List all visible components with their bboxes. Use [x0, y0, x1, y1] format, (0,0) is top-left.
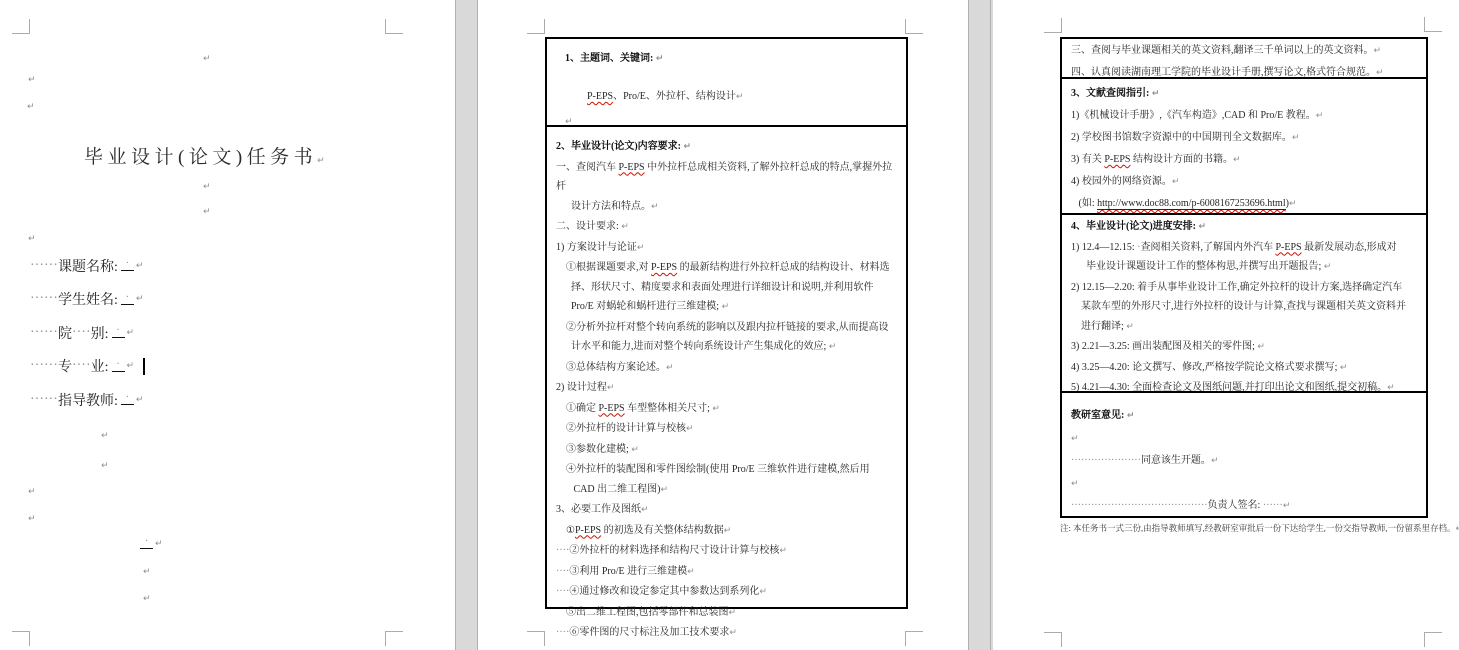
paragraph-mark-icon: ↵ [712, 404, 720, 414]
text-line: Pro/E 对蜗轮和蜗杆进行三维建模; ↵ [547, 297, 906, 318]
text-line: 2、毕业设计(论文)内容要求: ↵ [547, 137, 906, 158]
space-dots: ···· [556, 586, 569, 597]
text-line: 1) 12.4—12.15: ·查阅相关资料,了解国内外汽车 P-EPS 最新发… [1062, 238, 1426, 258]
paragraph-mark-icon: ↵ [1199, 222, 1207, 232]
text-line: 设计方法和特点。↵ [547, 197, 906, 218]
paragraph-mark-icon: ↵ [1211, 456, 1219, 466]
paragraph-mark-icon: ↵ [1152, 89, 1160, 99]
paragraph-mark-icon: ↵ [136, 294, 144, 304]
paragraph-mark-icon: ↵ [1456, 524, 1459, 534]
paragraph-mark-icon: ↵ [203, 207, 211, 217]
paragraph-mark-icon: ↵ [684, 142, 692, 152]
space-dots: ······ [30, 291, 58, 307]
paragraph-mark-icon: ↵ [641, 505, 649, 515]
space-dots: ···· [72, 325, 91, 341]
space-dots: ···· [556, 627, 569, 638]
text-line: ····②外拉杆的材料选择和结构尺寸设计计算与校核↵ [547, 541, 906, 562]
text-line: 3) 2.21—3.25: 画出装配图及相关的零件图; ↵ [1062, 337, 1426, 358]
text-boundary-corner-icon [12, 631, 30, 646]
paragraph-mark-icon: ↵ [1233, 155, 1241, 165]
text-line: ····⑥零件图的尺寸标注及加工技术要求↵ [547, 623, 906, 644]
paragraph-mark-icon: ↵ [136, 261, 144, 271]
text-boundary-corner-icon [527, 631, 545, 646]
paragraph-mark-icon: ↵ [317, 156, 329, 166]
text-line: ↵ [1062, 428, 1426, 451]
paragraph-mark-icon: ↵ [729, 608, 737, 618]
paragraph-mark-icon: ↵ [1374, 46, 1382, 56]
field-label: 业: [91, 356, 109, 376]
paragraph-mark-icon: ↵ [1324, 262, 1332, 272]
text-line: 计水平和能力,进而对整个转向系统设计产生集成化的效应; ↵ [547, 337, 906, 358]
paragraph-mark-icon: ↵ [127, 328, 135, 338]
text-line: ②外拉杆的设计计算与校核↵ [547, 419, 906, 440]
document-page-2[interactable]: 1、主题词、关键词: ↵ P-EPS、Pro/E、外拉杆、结构设计↵ ↵ 2、毕… [478, 0, 968, 650]
space-dots: ······ [30, 358, 58, 374]
cover-field: ······学生姓名: ·↵ [30, 283, 143, 317]
blank-underline[interactable]: · [112, 327, 125, 338]
text-line: ⑤出二维工程图,包括零部件和总装图↵ [547, 603, 906, 624]
paragraph-mark-icon: ↵ [779, 546, 787, 556]
office-opinion-row: 教研室意见: ↵↵·····················同意该生开题。↵↵·… [1062, 393, 1426, 514]
space-dots: ······ [30, 258, 58, 274]
cover-field: ······院····别: ·↵ [30, 316, 143, 350]
spellcheck-squiggle: P-EPS [1275, 242, 1301, 253]
paragraph-mark-icon: ↵ [143, 594, 151, 604]
space-dots: ········································… [1071, 500, 1208, 511]
requirements-continued-row: 三、查阅与毕业课题相关的英文资料,翻译三千单词以上的英文资料。↵四、认真阅读湖南… [1062, 39, 1426, 79]
text-boundary-corner-icon [1044, 18, 1062, 33]
text-line: 3、文献查阅指引: ↵ [1062, 83, 1426, 105]
text-line: 择、形状尺寸、精度要求和表面处理进行详细设计和说明,并利用软件 [547, 278, 906, 298]
text-boundary-corner-icon [385, 19, 403, 34]
space-dots: ······ [30, 392, 58, 408]
cover-field: ······指导教师: ·↵ [30, 383, 143, 417]
text-line: 教研室意见: ↵ [1062, 405, 1426, 428]
paragraph-mark-icon: ↵ [28, 75, 36, 85]
document-page-1[interactable]: ↵ ↵ ↵ 毕业设计(论文)任务书↵ ↵ ↵ ↵ ······课题名称: ·↵·… [0, 0, 455, 650]
paragraph-mark-icon: ↵ [127, 361, 135, 371]
paragraph-mark-icon: ↵ [1071, 479, 1079, 489]
field-label: 院 [58, 323, 72, 343]
text-line: 一、查阅汽车 P-EPS 中外拉杆总成相关资料,了解外拉杆总成的特点,掌握外拉杆 [547, 158, 906, 197]
text-line: ③参数化建模; ↵ [547, 440, 906, 461]
paragraph-mark-icon: ↵ [736, 92, 744, 102]
blank-underline: ·↵ [137, 538, 163, 549]
paragraph-mark-icon: ↵ [666, 363, 674, 373]
text-line: 二、设计要求: ↵ [547, 217, 906, 238]
cover-fields: ······课题名称: ·↵······学生姓名: ·↵······院····别… [30, 249, 143, 417]
paragraph-mark-icon: ↵ [1289, 199, 1297, 209]
field-label: 指导教师: [58, 390, 118, 410]
hyperlink[interactable]: http://www.doc88.com/p-6008167253696.htm… [1097, 198, 1286, 210]
paragraph-mark-icon: ↵ [829, 342, 837, 352]
cover-field: ······课题名称: ·↵ [30, 249, 143, 283]
paragraph-mark-icon: ↵ [101, 431, 109, 441]
paragraph-mark-icon: ↵ [101, 461, 109, 471]
text-line: (如: http://www.doc88.com/p-6008167253696… [1062, 193, 1426, 215]
page-gap [455, 0, 478, 650]
empty-paragraph: ↵ [556, 112, 897, 127]
paragraph-mark-icon: ↵ [637, 243, 645, 253]
text-line: 2) 设计过程↵ [547, 378, 906, 399]
text-line: ①确定 P-EPS 车型整体相关尺寸; ↵ [547, 399, 906, 420]
blank-underline[interactable]: · [121, 294, 134, 305]
field-label: 课题名称: [58, 256, 118, 276]
space-dots: · [1137, 242, 1140, 253]
section-heading: 1、主题词、关键词: ↵ [556, 49, 897, 69]
page-title: 毕业设计(论文)任务书↵ [84, 142, 329, 169]
paragraph-mark-icon: ↵ [1316, 111, 1324, 121]
paragraph-mark-icon: ↵ [686, 424, 694, 434]
task-table-part2: 三、查阅与毕业课题相关的英文资料,翻译三千单词以上的英文资料。↵四、认真阅读湖南… [1060, 37, 1428, 518]
text-boundary-corner-icon [905, 631, 923, 646]
word-print-layout-view: ↵ ↵ ↵ 毕业设计(论文)任务书↵ ↵ ↵ ↵ ······课题名称: ·↵·… [0, 0, 1459, 650]
space-dots: ···· [72, 358, 91, 374]
text-boundary-corner-icon [1044, 632, 1062, 647]
space-dots: ······ [30, 325, 58, 341]
paragraph-mark-icon: ↵ [1340, 363, 1348, 373]
text-boundary-corner-icon [527, 19, 545, 34]
keywords-row: 1、主题词、关键词: ↵ P-EPS、Pro/E、外拉杆、结构设计↵ ↵ [547, 39, 906, 127]
text-line: 某款车型的外形尺寸,进行外拉杆的设计与计算,查找与课题相关英文资料并 [1062, 297, 1426, 317]
text-line: ③总体结构方案论述。↵ [547, 358, 906, 379]
paragraph-mark-icon: ↵ [607, 383, 615, 393]
paragraph-mark-icon: ↵ [1127, 411, 1135, 421]
field-label: 别: [91, 323, 109, 343]
text-line: 毕业设计课题设计工作的整体构思,并撰写出开题报告; ↵ [1062, 257, 1426, 278]
text-cursor [143, 358, 145, 375]
paragraph-mark-icon: ↵ [631, 445, 639, 455]
text-line: ①P-EPS 的初选及有关整体结构数据↵ [547, 521, 906, 542]
document-page-3[interactable]: 三、查阅与毕业课题相关的英文资料,翻译三千单词以上的英文资料。↵四、认真阅读湖南… [993, 0, 1459, 650]
paragraph-mark-icon: ↵ [687, 567, 695, 577]
text-line: 2) 12.15—2.20: 着手从事毕业设计工作,确定外拉杆的设计方案,选择确… [1062, 278, 1426, 298]
paragraph-mark-icon: ↵ [136, 395, 144, 405]
spellcheck-squiggle: P-EPS [651, 262, 677, 273]
keywords-text: P-EPS、Pro/E、外拉杆、结构设计↵ [578, 87, 897, 107]
content-requirements-row: 2、毕业设计(论文)内容要求: ↵一、查阅汽车 P-EPS 中外拉杆总成相关资料… [547, 127, 906, 644]
space-dots: ····················· [1071, 455, 1141, 466]
paragraph-mark-icon: ↵ [651, 202, 659, 212]
paragraph-mark-icon: ↵ [1172, 177, 1180, 187]
space-dots: ···· [556, 566, 569, 577]
paragraph-mark-icon: ↵ [660, 485, 668, 495]
paragraph-mark-icon: ↵ [155, 539, 163, 549]
spellcheck-squiggle: P-EPS [1104, 154, 1130, 165]
paragraph-mark-icon: ↵ [1292, 133, 1300, 143]
paragraph-mark-icon: ↵ [1283, 501, 1291, 511]
spellcheck-squiggle: P-EPS [619, 162, 645, 173]
text-line: 2) 学校图书馆数字资源中的中国期刊全文数据库。↵ [1062, 127, 1426, 149]
blank-underline[interactable]: · [121, 394, 134, 405]
text-boundary-corner-icon [905, 19, 923, 34]
paragraph-mark-icon: ↵ [722, 302, 730, 312]
text-boundary-corner-icon [1424, 17, 1442, 32]
text-line: 4) 校园外的网络资源。↵ [1062, 171, 1426, 193]
spellcheck-squiggle: P-EPS [587, 91, 613, 102]
blank-underline[interactable]: · [121, 260, 134, 271]
text-line: ④外拉杆的装配图和零件图绘制(使用 Pro/E 三维软件进行建模,然后用 [547, 460, 906, 480]
paragraph-mark-icon: ↵ [1126, 322, 1134, 332]
text-line: ①根据课题要求,对 P-EPS 的最新结构进行外拉杆总成的结构设计、材料选 [547, 258, 906, 278]
paragraph-mark-icon: ↵ [28, 514, 36, 524]
text-boundary-corner-icon [385, 631, 403, 646]
text-line: ②分析外拉杆对整个转向系统的影响以及跟内拉杆链接的要求,从而提高设 [547, 318, 906, 338]
field-label: 学生姓名: [58, 289, 118, 309]
paragraph-mark-icon: ↵ [729, 628, 737, 638]
paragraph-mark-icon: ↵ [759, 587, 767, 597]
paragraph-mark-icon: ↵ [27, 102, 35, 112]
cover-field: ······专····业: ·↵ [30, 350, 143, 384]
text-line: ········································… [1062, 495, 1426, 514]
text-boundary-corner-icon [12, 19, 30, 34]
paragraph-mark-icon: ↵ [1387, 383, 1395, 393]
paragraph-mark-icon: ↵ [1257, 342, 1265, 352]
paragraph-mark-icon: ↵ [28, 234, 36, 244]
paragraph-mark-icon: ↵ [565, 117, 573, 127]
text-line: CAD 出二维工程图)↵ [547, 480, 906, 501]
text-boundary-corner-icon [1424, 632, 1442, 647]
paragraph-mark-icon: ↵ [656, 54, 664, 64]
paragraph-mark-icon: ↵ [203, 182, 211, 192]
field-label: 专 [58, 356, 72, 376]
text-line: ····③利用 Pro/E 进行三维建模↵ [547, 562, 906, 583]
text-line: 4) 3.25—4.20: 论文撰写、修改,严格按学院论文格式要求撰写; ↵ [1062, 358, 1426, 379]
text-line: 四、认真阅读湖南理工学院的毕业设计手册,撰写论文,格式符合规范。↵ [1062, 62, 1426, 79]
text-line: 1) 方案设计与论证↵ [547, 238, 906, 259]
paragraph-mark-icon: ↵ [1071, 434, 1079, 444]
text-line: ····④通过修改和设定参定其中参数达到系列化↵ [547, 582, 906, 603]
paragraph-mark-icon: ↵ [1376, 68, 1384, 78]
text-line: 三、查阅与毕业课题相关的英文资料,翻译三千单词以上的英文资料。↵ [1062, 40, 1426, 62]
paragraph-mark-icon: ↵ [724, 526, 732, 536]
footnote: 注: 本任务书一式三份,由指导教师填写,经教研室审批后一份下达给学生,一份交指导… [1060, 522, 1440, 534]
paragraph-mark-icon: ↵ [143, 567, 151, 577]
space-dots: ······ [1263, 500, 1283, 511]
text-line: ↵ [1062, 473, 1426, 496]
paragraph-mark-icon: ↵ [621, 222, 629, 232]
space-dots: ···· [556, 545, 569, 556]
text-line: 1)《机械设计手册》,《汽车构造》,CAD 和 Pro/E 教程。↵ [1062, 105, 1426, 127]
spellcheck-squiggle: P-EPS [575, 525, 601, 536]
text-line: ·····················同意该生开题。↵ [1062, 450, 1426, 473]
literature-guide-row: 3、文献查阅指引: ↵1)《机械设计手册》,《汽车构造》,CAD 和 Pro/E… [1062, 79, 1426, 215]
page-gap [968, 0, 991, 650]
text-line: 3、必要工作及图纸↵ [547, 500, 906, 521]
blank-underline[interactable]: · [112, 361, 125, 372]
paragraph-mark-icon: ↵ [203, 54, 211, 64]
text-line: 3) 有关 P-EPS 结构设计方面的书籍。↵ [1062, 149, 1426, 171]
schedule-row: 4、毕业设计(论文)进度安排: ↵1) 12.4—12.15: ·查阅相关资料,… [1062, 215, 1426, 393]
text-line: 进行翻译; ↵ [1062, 317, 1426, 338]
task-table-part1: 1、主题词、关键词: ↵ P-EPS、Pro/E、外拉杆、结构设计↵ ↵ 2、毕… [545, 37, 908, 609]
text-line: 5) 4.21—4.30: 全面检查论文及图纸问题,并打印出论文和图纸,提交初稿… [1062, 378, 1426, 393]
spellcheck-squiggle: P-EPS [599, 403, 625, 414]
paragraph-mark-icon: ↵ [28, 487, 36, 497]
text-line: 4、毕业设计(论文)进度安排: ↵ [1062, 217, 1426, 238]
